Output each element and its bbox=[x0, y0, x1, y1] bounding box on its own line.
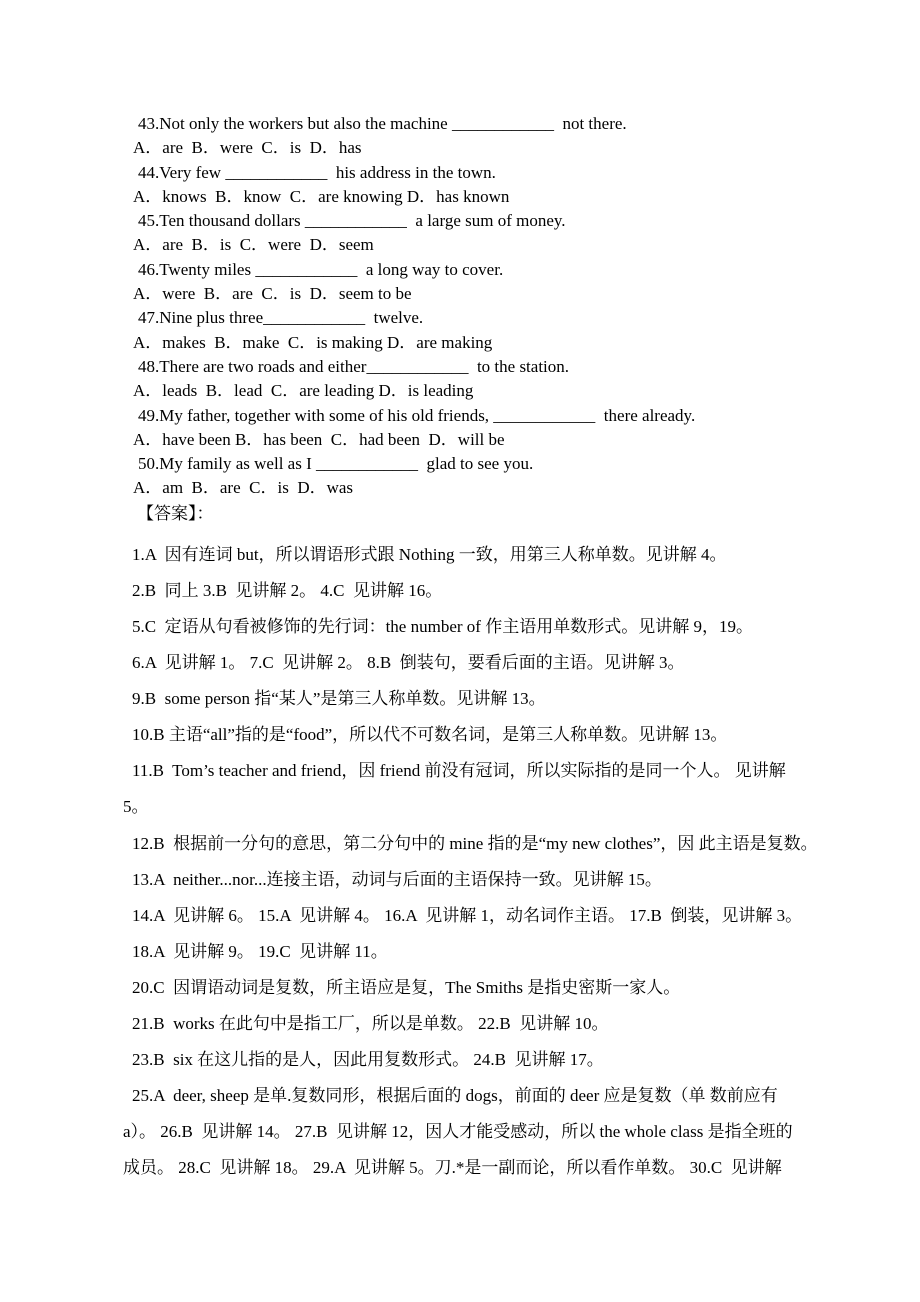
questions-section: 43.Not only the workers but also the mac… bbox=[123, 112, 880, 501]
answer-line-continuation: a）。 26.B 见讲解 14。 27.B 见讲解 12，因人才能受感动，所以 … bbox=[123, 1114, 880, 1150]
answer-line: 13.A neither...nor...连接主语，动词与后面的主语保持一致。见… bbox=[123, 862, 880, 898]
options-line: A．knows B．know C．are knowing D．has known bbox=[123, 185, 880, 209]
question-line: 50.My family as well as I ____________ g… bbox=[123, 452, 880, 476]
options-line: A．am B．are C．is D．was bbox=[123, 476, 880, 500]
answer-line-continuation: 5。 bbox=[123, 789, 880, 825]
answer-line: 20.C 因谓语动词是复数，所主语应是复，The Smiths 是指史密斯一家人… bbox=[123, 970, 880, 1006]
options-line: A．makes B．make C．is making D．are making bbox=[123, 331, 880, 355]
answer-line: 1.A 因有连词 but，所以谓语形式跟 Nothing 一致，用第三人称单数。… bbox=[123, 537, 880, 573]
document-page: 43.Not only the workers but also the mac… bbox=[0, 0, 920, 1302]
question-line: 45.Ten thousand dollars ____________ a l… bbox=[123, 209, 880, 233]
question-line: 49.My father, together with some of his … bbox=[123, 404, 880, 428]
answer-line: 5.C 定语从句看被修饰的先行词：the number of 作主语用单数形式。… bbox=[123, 609, 880, 645]
question-line: 47.Nine plus three____________ twelve. bbox=[123, 306, 880, 330]
answer-line: 2.B 同上 3.B 见讲解 2。 4.C 见讲解 16。 bbox=[123, 573, 880, 609]
answers-header: 【答案】： bbox=[123, 501, 880, 527]
question-line: 46.Twenty miles ____________ a long way … bbox=[123, 258, 880, 282]
question-line: 48.There are two roads and either_______… bbox=[123, 355, 880, 379]
answer-line: 14.A 见讲解 6。 15.A 见讲解 4。 16.A 见讲解 1，动名词作主… bbox=[123, 898, 880, 934]
options-line: A．are B．were C．is D．has bbox=[123, 136, 880, 160]
answer-line: 21.B works 在此句中是指工厂，所以是单数。 22.B 见讲解 10。 bbox=[123, 1006, 880, 1042]
answer-line: 9.B some person 指“某人”是第三人称单数。见讲解 13。 bbox=[123, 681, 880, 717]
options-line: A．are B．is C．were D．seem bbox=[123, 233, 880, 257]
answer-line: 25.A deer, sheep 是单.复数同形，根据后面的 dogs，前面的 … bbox=[123, 1078, 880, 1114]
question-line: 44.Very few ____________ his address in … bbox=[123, 161, 880, 185]
options-line: A．leads B．lead C．are leading D．is leadin… bbox=[123, 379, 880, 403]
options-line: A．have been B．has been C．had been D．will… bbox=[123, 428, 880, 452]
answer-line-continuation: 成员。 28.C 见讲解 18。 29.A 见讲解 5。刀.*是一副而论，所以看… bbox=[123, 1150, 880, 1186]
answer-line: 12.B 根据前一分句的意思，第二分句中的 mine 指的是“my new cl… bbox=[123, 826, 880, 862]
question-line: 43.Not only the workers but also the mac… bbox=[123, 112, 880, 136]
answers-section: 1.A 因有连词 but，所以谓语形式跟 Nothing 一致，用第三人称单数。… bbox=[123, 537, 880, 1187]
answer-line: 23.B six 在这儿指的是人，因此用复数形式。 24.B 见讲解 17。 bbox=[123, 1042, 880, 1078]
answer-line: 18.A 见讲解 9。 19.C 见讲解 11。 bbox=[123, 934, 880, 970]
answer-line: 6.A 见讲解 1。 7.C 见讲解 2。 8.B 倒装句，要看后面的主语。见讲… bbox=[123, 645, 880, 681]
answer-line: 10.B 主语“all”指的是“food”，所以代不可数名词，是第三人称单数。见… bbox=[123, 717, 880, 753]
answer-line: 11.B Tom’s teacher and friend，因 friend 前… bbox=[123, 753, 880, 789]
options-line: A．were B．are C．is D．seem to be bbox=[123, 282, 880, 306]
